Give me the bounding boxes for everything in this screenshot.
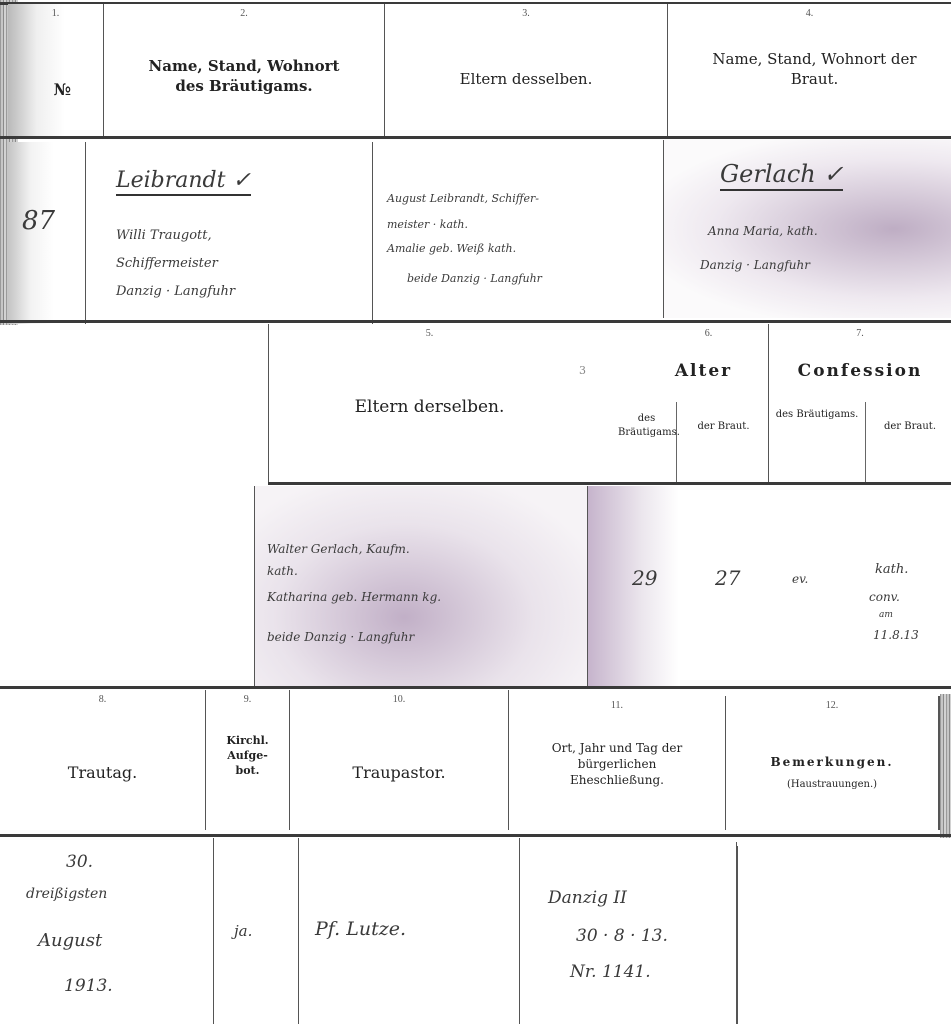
civil-marriage-line-2: 30 · 8 · 13. bbox=[576, 926, 668, 946]
rule-entry2-bottom bbox=[0, 686, 951, 689]
groom-surname: Leibrandt ✓ bbox=[116, 168, 251, 196]
header-col-wedding-day: 8. Trautag. bbox=[0, 690, 206, 830]
entry-confession-groom-cell: ev. bbox=[772, 486, 866, 688]
header-col-pastor: 10. Traupastor. bbox=[289, 690, 509, 830]
age-bride: 27 bbox=[715, 566, 740, 590]
age-subcol-divider bbox=[676, 402, 677, 484]
col-number-10: 10. bbox=[290, 694, 508, 705]
entry-remarks-cell bbox=[736, 846, 951, 1024]
confession-bride-line-4: 11.8.13 bbox=[873, 628, 919, 642]
scan-edge-right bbox=[940, 694, 951, 838]
bride-parents-line-3: Katharina geb. Hermann kg. bbox=[267, 590, 441, 604]
banns-value: ja. bbox=[234, 922, 252, 940]
col-number-5: 5. bbox=[269, 328, 590, 339]
header-col-confession: 7. Confession des Bräutigams. der Braut. bbox=[768, 324, 951, 484]
confession-subcol-divider bbox=[865, 402, 866, 484]
header-label-civil-marriage: Ort, Jahr und Tag der bürgerlichen Ehesc… bbox=[543, 740, 691, 789]
header-label-confession: Confession bbox=[769, 360, 951, 383]
entry-age-bride-cell: 27 bbox=[679, 486, 773, 688]
header-label-pastor: Traupastor. bbox=[290, 762, 508, 784]
header-label-bride-parents: Eltern derselben. bbox=[269, 396, 590, 419]
col-number-1: 1. bbox=[8, 8, 103, 19]
groom-parents-line-1: August Leibrandt, Schiffer- bbox=[387, 192, 539, 205]
header-label-age-bride: der Braut. bbox=[682, 420, 765, 434]
entry-bride-cell: Gerlach ✓ Anna Maria, kath. Danzig · Lan… bbox=[663, 140, 951, 318]
header-label-confession-bride: der Braut. bbox=[869, 420, 951, 434]
rule-header3-bottom bbox=[0, 834, 951, 837]
col-number-3: 3. bbox=[385, 8, 667, 19]
bride-parents-line-4: beide Danzig · Langfuhr bbox=[267, 630, 414, 644]
header-label-confession-groom: des Bräutigams. bbox=[773, 408, 861, 422]
wedding-day-line-1: 30. bbox=[66, 852, 93, 872]
confession-bride-line-3: am bbox=[879, 610, 893, 620]
entry-civil-marriage-cell: Danzig II 30 · 8 · 13. Nr. 1141. bbox=[519, 842, 737, 1024]
rule-header2-bottom bbox=[268, 482, 951, 485]
entry-banns-cell: ja. bbox=[213, 838, 299, 1024]
header-col-remarks: 12. Bemerkungen. (Haustrauungen.) bbox=[725, 696, 941, 830]
col-number-12: 12. bbox=[726, 700, 938, 711]
col-number-6: 6. bbox=[648, 328, 769, 339]
header-col-groom-parents: 3. Eltern desselben. bbox=[384, 4, 668, 136]
entry-groom-parents-cell: August Leibrandt, Schiffer- meister · ka… bbox=[372, 142, 664, 318]
entry-number: 87 bbox=[22, 206, 55, 236]
civil-marriage-line-3: Nr. 1141. bbox=[570, 962, 651, 982]
groom-detail-line-2: Schiffermeister bbox=[116, 256, 218, 271]
header-label-no: № bbox=[8, 79, 103, 101]
bride-detail-line-2: Danzig · Langfuhr bbox=[700, 258, 810, 272]
groom-detail-line-3: Danzig · Langfuhr bbox=[116, 284, 235, 299]
wedding-day-line-4: 1913. bbox=[64, 976, 113, 996]
col-number-2: 2. bbox=[104, 8, 384, 19]
entry-groom-cell: Leibrandt ✓ Willi Traugott, Schiffermeis… bbox=[85, 142, 373, 324]
col-number-7: 7. bbox=[769, 328, 951, 339]
header-col-bride-parents: 5. Eltern derselben. 3 bbox=[268, 324, 590, 484]
header-label-bride: Name, Stand, Wohnort der Braut. bbox=[698, 49, 931, 90]
header-label-remarks-sub: (Haustrauungen.) bbox=[726, 778, 938, 792]
rule-entry1-bottom bbox=[0, 320, 951, 323]
rule-header1-bottom bbox=[0, 136, 951, 139]
header-label-remarks: Bemerkungen. bbox=[726, 754, 938, 770]
confession-bride-line-2: conv. bbox=[869, 590, 900, 604]
col-number-9: 9. bbox=[206, 694, 289, 705]
header-col-age: 6. Alter des Bräutigams. der Braut. bbox=[588, 324, 770, 484]
bride-surname: Gerlach ✓ bbox=[720, 160, 843, 191]
civil-marriage-line-1: Danzig II bbox=[548, 888, 627, 908]
groom-parents-line-4: beide Danzig · Langfuhr bbox=[407, 272, 542, 285]
entry-confession-bride-cell: kath. conv. am 11.8.13 bbox=[865, 486, 951, 688]
header-label-banns: Kirchl. Aufge- bot. bbox=[220, 734, 275, 779]
header-col-groom: 2. Name, Stand, Wohnort des Bräutigams. bbox=[103, 4, 385, 138]
header-label-groom-parents: Eltern desselben. bbox=[385, 69, 667, 89]
header-col-number: 1. № bbox=[8, 4, 104, 138]
confession-groom: ev. bbox=[792, 572, 808, 586]
pastor-value: Pf. Lutze. bbox=[315, 918, 406, 940]
entry-number-cell: 87 bbox=[8, 142, 86, 324]
confession-bride-line-1: kath. bbox=[875, 562, 908, 577]
entry-wedding-day-cell: 30. dreißigsten August 1913. bbox=[0, 838, 214, 1024]
header-col-banns: 9. Kirchl. Aufge- bot. bbox=[205, 690, 290, 830]
col-number-4: 4. bbox=[668, 8, 951, 19]
section-marker: 3 bbox=[579, 364, 586, 377]
header-col-civil-marriage: 11. Ort, Jahr und Tag der bürgerlichen E… bbox=[508, 696, 726, 830]
header-label-age: Alter bbox=[638, 360, 769, 383]
header-col-bride: 4. Name, Stand, Wohnort der Braut. bbox=[667, 4, 951, 134]
groom-parents-line-2: meister · kath. bbox=[387, 218, 468, 231]
bride-detail-line-1: Anna Maria, kath. bbox=[708, 224, 818, 238]
wedding-day-line-3: August bbox=[38, 930, 102, 951]
groom-parents-line-3: Amalie geb. Weiß kath. bbox=[387, 242, 516, 255]
age-groom: 29 bbox=[632, 566, 657, 590]
col-number-8: 8. bbox=[0, 694, 205, 705]
entry-pastor-cell: Pf. Lutze. bbox=[298, 838, 520, 1024]
wedding-day-line-2: dreißigsten bbox=[26, 886, 107, 902]
bride-parents-line-1: Walter Gerlach, Kaufm. bbox=[267, 542, 410, 556]
entry-age-groom-cell: 29 bbox=[588, 486, 680, 688]
col-number-11: 11. bbox=[509, 700, 725, 711]
header-label-groom: Name, Stand, Wohnort des Bräutigams. bbox=[134, 56, 354, 97]
bride-parents-line-2: kath. bbox=[267, 564, 298, 578]
groom-detail-line-1: Willi Traugott, bbox=[116, 228, 212, 243]
header-label-wedding-day: Trautag. bbox=[0, 762, 205, 784]
entry-bride-parents-cell: Walter Gerlach, Kaufm. kath. Katharina g… bbox=[254, 486, 588, 688]
header-label-age-groom: des Bräutigams. bbox=[618, 412, 675, 439]
